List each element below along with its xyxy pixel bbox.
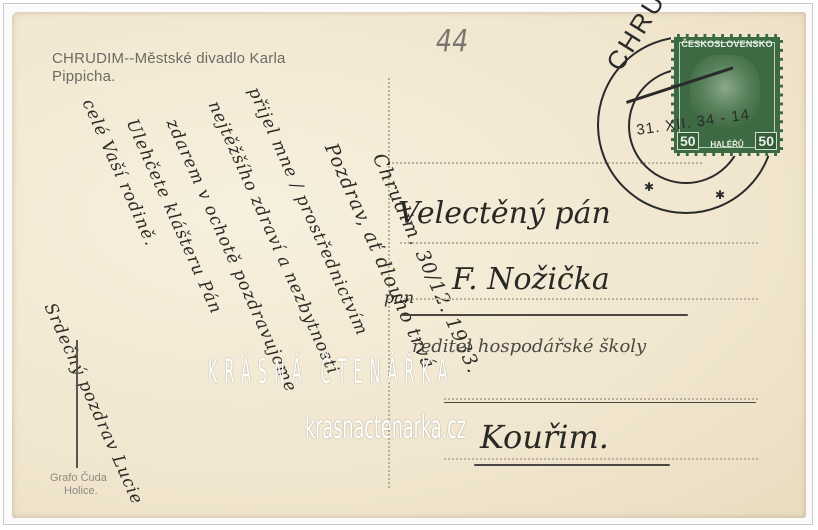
watermark-title: KRÁSNÁ ČTENÁŘKA <box>208 352 455 392</box>
address-dotted-line <box>400 298 758 300</box>
address-salutation: Velectěný pán <box>398 196 611 231</box>
publisher-town: Holice. <box>50 485 107 498</box>
address-town: Kouřim. <box>480 418 609 456</box>
caption-line-2: Pippicha. <box>52 68 286 86</box>
publisher-imprint: Grafo Čuda Holice. <box>50 472 107 498</box>
address-name: F. Nožička <box>452 262 610 297</box>
postmark-star-icon: ✱ <box>715 188 725 202</box>
stamp-country: ČESKOSLOVENSKO <box>674 39 780 49</box>
watermark-url: krasnactenarka.cz <box>305 408 466 446</box>
address-dotted-line <box>444 398 758 400</box>
postmark-star-icon: ✱ <box>644 180 654 194</box>
address-dotted-line <box>400 242 758 244</box>
postage-stamp: ČESKOSLOVENSKO 50 HALÉŘŮ 50 <box>671 34 783 156</box>
publisher-name: Grafo Čuda <box>50 472 107 485</box>
address-underline <box>474 464 670 466</box>
caption-line-1: CHRUDIM--Městské divadlo Karla <box>52 50 286 68</box>
catalog-number: 44 <box>436 24 468 59</box>
address-underline <box>402 314 688 316</box>
address-underline <box>444 402 756 403</box>
address-dotted-line <box>444 458 758 460</box>
stamp-value-right: 50 <box>755 132 777 150</box>
postcard-caption: CHRUDIM--Městské divadlo Karla Pippicha. <box>52 50 286 86</box>
signature-stroke <box>76 340 78 468</box>
